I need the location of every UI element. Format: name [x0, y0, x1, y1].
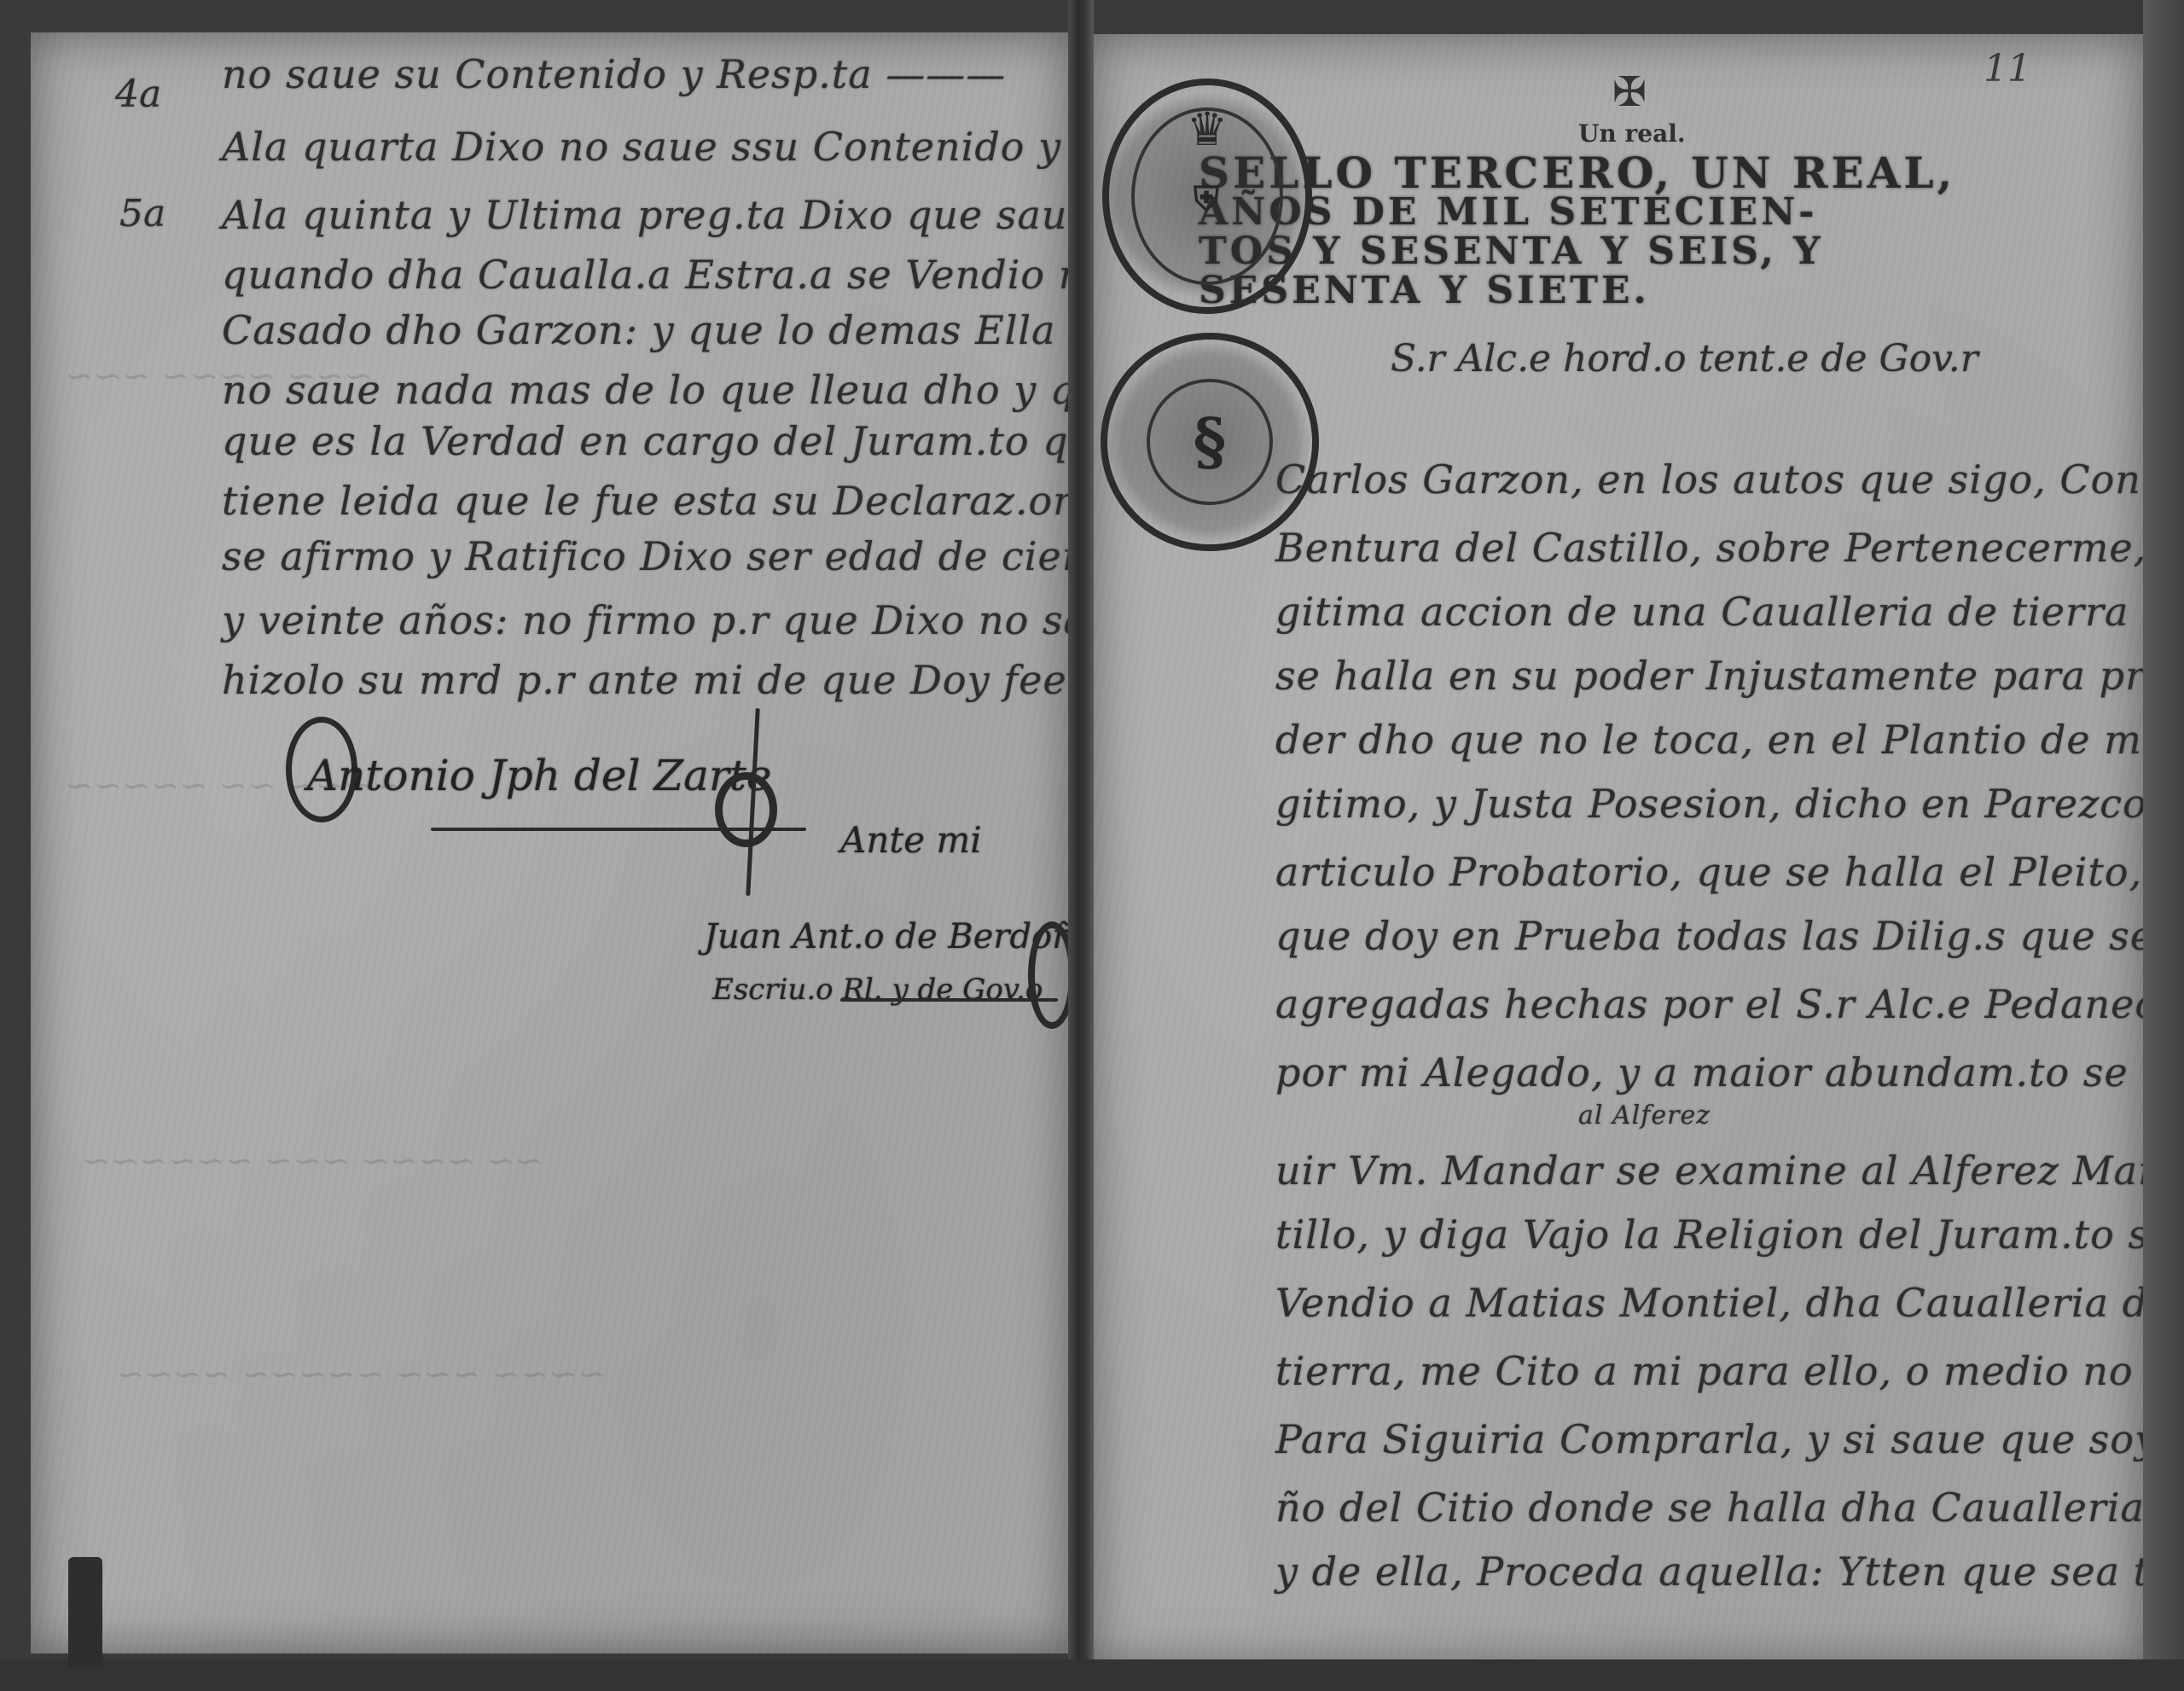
manuscript-line: tierra, me Cito a mi para ello, o medio … [1275, 1348, 2184, 1394]
stamp-line: AÑOS DE MIL SETECIEN- [1199, 193, 1966, 232]
manuscript-line: se afirmo y Ratifico Dixo ser edad de ci… [222, 533, 1130, 579]
manuscript-line: Casado dho Garzon: y que lo demas Ella p… [222, 307, 1195, 353]
manuscript-line: Ala quarta Dixo no saue ssu Contenido y … [222, 124, 1105, 170]
manuscript-line: hizolo su mrd p.r ante mi de que Doy fee… [222, 657, 1200, 703]
scan-right-edge [2143, 0, 2184, 1691]
folio-number: 11 [1984, 47, 2031, 90]
manuscript-line: que doy en Prueba todas las Dilig.s que … [1275, 913, 2184, 959]
signature-rubric-knot [715, 772, 777, 847]
stamp-line: TOS Y SESENTA Y SEIS, Y [1199, 232, 1966, 271]
book-gutter [1068, 0, 1094, 1691]
cross-icon: ✠ [1612, 68, 1647, 116]
notary-title: Escriu.o Rl. y de Gov.o [712, 973, 1043, 1007]
notary-underline [840, 998, 1058, 1002]
manuscript-line: der dho que no le toca, en el Plantio de… [1275, 717, 2184, 763]
manuscript-line: no saue nada mas de lo que lleua dho y q [222, 367, 1076, 413]
manuscript-line: Ala quinta y Ultima preg.ta Dixo que sau… [222, 192, 1131, 238]
manuscript-line: Vendio a Matias Montiel, dha Caualleria … [1275, 1280, 2172, 1326]
royal-seal: ♛ ⛨ [1102, 78, 1312, 314]
manuscript-line: se halla en su poder Injustamente para p… [1275, 653, 2184, 699]
attestation-ante-mi: Ante mi [840, 819, 982, 861]
officer-annotation: S.r Alc.e hord.o tent.e de Gov.r [1391, 337, 1978, 381]
monogram-icon: § [1194, 405, 1227, 479]
manuscript-line: articulo Probatorio, que se halla el Ple… [1275, 849, 2184, 895]
manuscript-line: y veinte años: no firmo p.r que Dixo no … [222, 597, 1158, 643]
manuscript-line: gitima accion de una Caualleria de tierr… [1275, 589, 2184, 635]
signature-antonio: Antonio Jph del Zarte [307, 751, 771, 800]
manuscript-line: agregadas hechas por el S.r Alc.e Pedane… [1275, 981, 2184, 1027]
scan-bottom-edge [0, 1659, 2184, 1691]
manuscript-line: Carlos Garzon, en los autos que sigo, Co… [1275, 456, 2184, 503]
monogram-seal: § [1101, 333, 1319, 551]
margin-note-4a: 4a [115, 73, 161, 116]
stamp-line: SESENTA Y SIETE. [1199, 271, 1966, 311]
manuscript-line: tillo, y diga Vajo la Religion del Juram… [1275, 1212, 2184, 1258]
manuscript-line: ño del Citio donde se halla dha Caualler… [1275, 1485, 2145, 1531]
sello-tercero-header: SELLO TERCERO, UN REAL, AÑOS DE MIL SETE… [1199, 154, 1966, 311]
manuscript-line: Para Siguiria Comprarla, y si saue que s… [1275, 1416, 2184, 1462]
coat-of-arms-icon: ⛨ [1194, 179, 1221, 219]
manuscript-line: no saue su Contenido y Resp.ta ——— [222, 51, 1006, 97]
bleed-through-text: ~~~~ ~~~ ~~~~~ ~~~~ [116, 1355, 606, 1394]
manuscript-line: por mi Alegado, y a maior abundam.to se … [1275, 1049, 2184, 1095]
manuscript-line: gitimo, y Justa Posesion, dicho en Parez… [1275, 781, 2184, 827]
manuscript-line: uir Vm. Mandar se examine al Alferez Man… [1275, 1148, 2184, 1194]
interlinear-note: al Alferez [1578, 1101, 1711, 1130]
crown-icon: ♛ [1187, 102, 1228, 156]
bleed-through-text: ~~ ~~~~ ~~~ ~~~~~~ [82, 1142, 543, 1181]
binding-tab [68, 1557, 102, 1668]
stamp-value-label: Un real. [1578, 119, 1686, 148]
manuscript-line: Bentura del Castillo, sobre Pertenecerme… [1275, 525, 2184, 571]
stamp-line: SELLO TERCERO, UN REAL, [1199, 154, 1966, 193]
margin-note-5a: 5a [119, 192, 166, 235]
manuscript-line: y de ella, Proceda aquella: Ytten que se… [1275, 1549, 2184, 1595]
manuscript-line: que es la Verdad en cargo del Juram.to q… [222, 418, 1195, 464]
